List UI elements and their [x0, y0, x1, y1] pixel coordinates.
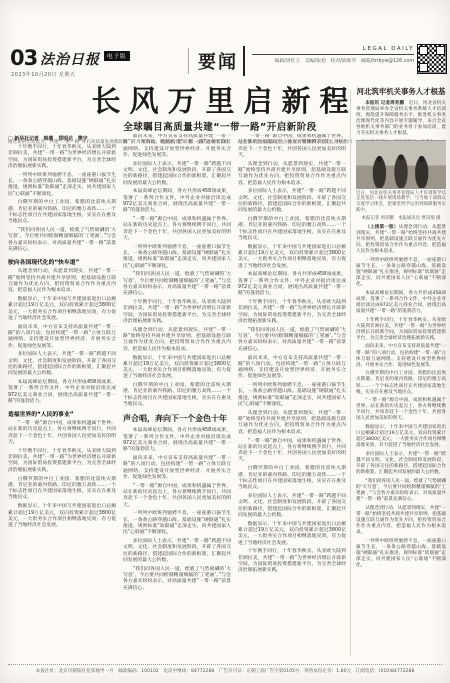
main-article-columns: □ 新华社记者 韩墨 郑明达 樊宇十年携手同行，十年春华秋实。从亚欧大陆到非洲拉…	[8, 134, 346, 658]
body-paragraph: 面向未来，中方宣布支持高质量共建“一带一路”的八项行动，包括构建“一带一路”立体…	[123, 456, 231, 481]
photo-caption: 近日，河北省机关事务管理局人才培训班学员走进基层一线开展现场教学，与当地干部群众…	[356, 191, 446, 214]
date-line: 2023年10月20日 星期五	[11, 71, 76, 78]
body-paragraph: 多位国际人士表示，共建“一带一路”跨越不同文明、文化、社会制度和发展阶段，开辟了…	[238, 189, 346, 214]
body-paragraph: 面向未来，中方宣布支持高质量共建“一带一路”的八项行动，包括构建“一带一路”立体…	[123, 134, 231, 159]
masthead-title: 法治日报	[40, 49, 100, 69]
body-paragraph: 一列列中欧班列驰骋不息，一座座港口拔节生长，一条条公路穿越山海。基础设施“硬联通…	[356, 539, 446, 569]
body-paragraph: 从理念到行动，从愿景到现实，共建“一带一路”始终坚持共商共建共享原则，把基础设施…	[8, 269, 116, 294]
body-paragraph: 白俄罗斯的中白工业园、希腊的比雷埃夫斯港、肯尼亚的蒙内铁路、印尼的雅万高铁……一…	[123, 383, 231, 408]
sidebar-lead: 本报讯 记者周宵鹏 近日，河北省机关事务管理局举办全省机关事务系统人才培训班，围…	[356, 101, 446, 138]
body-paragraph: 十年携手同行，十年春华秋实。从亚欧大陆到非洲拉美，共建“一带一路”为世界经济增长…	[238, 300, 346, 325]
body-paragraph: 一列列中欧班列驰骋不息，一座座港口拔节生长，一条条公路穿越山海。基础设施“硬联通…	[8, 173, 116, 198]
body-paragraph: 本届高峰论坛期间，各方共形成458项成果，签署了一系列合作文件，中外企业对接洽谈…	[123, 189, 231, 214]
body-paragraph: 数据显示，十年来中国与共建国家进出口总额累计超过19万亿美元，双向投资累计超过3…	[356, 425, 446, 449]
body-paragraph: “我们同各国人民一道，绘就了气势磅礴的‘大写意’，今后要共同绘制精谨细腻的‘工笔…	[356, 479, 446, 503]
body-paragraph: 多位国际人士表示，共建“一带一路”跨越不同文明、文化、社会制度和发展阶段，开辟了…	[123, 162, 231, 187]
body-paragraph: “一带一路”源自中国，成果和机遇属于世界。站在新的历史起点上，各方将继续携手同行…	[238, 134, 346, 159]
body-paragraph: 多位国际人士表示，共建“一带一路”跨越不同文明、文化、社会制度和发展阶段，开辟了…	[123, 539, 231, 564]
body-paragraph: 一列列中欧班列驰骋不息，一座座港口拔节生长，一条条公路穿越山海。基础设施“硬联通…	[238, 383, 346, 408]
body-paragraph: 数据显示，十年来中国与共建国家进出口总额累计超过19万亿美元，双向投资累计超过3…	[8, 504, 116, 529]
body-paragraph: 数据显示，十年来中国与共建国家进出口总额累计超过19万亿美元，双向投资累计超过3…	[238, 245, 346, 270]
body-paragraph: “我们同各国人民一道，绘就了气势磅礴的‘大写意’，今后要共同绘制精谨细腻的‘工笔…	[123, 567, 231, 592]
body-paragraph: “我们同各国人民一道，绘就了气势磅礴的‘大写意’，今后要共同绘制精谨细腻的‘工笔…	[238, 328, 346, 353]
body-paragraph: 从理念到行动，从愿景到现实，共建“一带一路”始终坚持共商共建共享原则，把基础设施…	[123, 328, 231, 353]
body-paragraph: “一带一路”源自中国，成果和机遇属于世界。站在新的历史起点上，各方将继续携手同行…	[123, 484, 231, 509]
body-paragraph: 十年携手同行，十年春华秋实。从亚欧大陆到非洲拉美，共建“一带一路”为世界经济增长…	[356, 318, 446, 342]
page-header: 03 法治日报 电子版 2023年10月20日 星期五 要闻 LEGAL DAI…	[0, 44, 450, 86]
body-paragraph: “我们同各国人民一道，绘就了气势磅礴的‘大写意’，今后要共同绘制精谨细腻的‘工笔…	[8, 228, 116, 253]
article-column-1: □ 新华社记者 韩墨 郑明达 樊宇十年携手同行，十年春华秋实。从亚欧大陆到非洲拉…	[8, 134, 116, 658]
body-paragraph: 面向未来，中方宣布支持高质量共建“一带一路”的八项行动，包括构建“一带一路”立体…	[238, 356, 346, 381]
qr-code-icon	[418, 45, 446, 73]
body-paragraph: 白俄罗斯的中白工业园、希腊的比雷埃夫斯港、肯尼亚的蒙内铁路、印尼的雅万高铁……一…	[238, 217, 346, 242]
body-paragraph: 多位国际人士表示，共建“一带一路”跨越不同文明、文化、社会制度和发展阶段，开辟了…	[356, 452, 446, 476]
body-paragraph: 本届高峰论坛期间，各方共形成458项成果，签署了一系列合作文件，中外企业对接洽谈…	[238, 272, 346, 297]
body-paragraph: 多位国际人士表示，共建“一带一路”跨越不同文明、文化、社会制度和发展阶段，开辟了…	[8, 352, 116, 377]
body-paragraph: 从理念到行动，从愿景到现实，共建“一带一路”始终坚持共商共建共享原则，把基础设施…	[238, 162, 346, 187]
body-paragraph: “一带一路”源自中国，成果和机遇属于世界。站在新的历史起点上，各方将继续携手同行…	[123, 217, 231, 242]
body-paragraph: “一带一路”源自中国，成果和机遇属于世界。站在新的历史起点上，各方将继续携手同行…	[356, 398, 446, 422]
section-subhead: 造福世界的“人民的事业”	[8, 409, 116, 418]
sidebar-column: 河北筑牢机关事务人才根基 本报讯 记者周宵鹏 近日，河北省机关事务管理局举办全省…	[356, 86, 446, 658]
body-paragraph: “我们同各国人民一道，绘就了气势磅礴的‘大写意’，今后要共同绘制精谨细腻的‘工笔…	[123, 272, 231, 297]
body-paragraph: 白俄罗斯的中白工业园、希腊的比雷埃夫斯港、肯尼亚的蒙内铁路、印尼的雅万高铁……一…	[356, 371, 446, 395]
edition-badge: 电子版	[104, 51, 130, 61]
section-title: 要闻	[198, 48, 238, 74]
body-paragraph: 多位国际人士表示，共建“一带一路”跨越不同文明、文化、社会制度和发展阶段，开辟了…	[238, 494, 346, 519]
body-paragraph: 本届高峰论坛期间，各方共形成458项成果，签署了一系列合作文件，中外企业对接洽谈…	[8, 380, 116, 405]
body-paragraph: 十年携手同行，十年春华秋实。从亚欧大陆到非洲拉美，共建“一带一路”为世界经济增长…	[8, 145, 116, 170]
body-paragraph: 一列列中欧班列驰骋不息，一座座港口拔节生长，一条条公路穿越山海。基础设施“硬联通…	[356, 258, 446, 288]
header-rule	[252, 54, 414, 55]
sidebar-separator	[350, 90, 351, 656]
body-paragraph: 十年携手同行，十年春华秋实。从亚欧大陆到非洲拉美，共建“一带一路”为世界经济增长…	[238, 549, 346, 574]
header-divider-thick	[243, 46, 245, 76]
newspaper-page: 03 法治日报 电子版 2023年10月20日 星期五 要闻 LEGAL DAI…	[0, 0, 450, 683]
editor-credits: 编辑/周红玉 美编/张旭 校对/陈维华 邮箱/fzrbyw@126.com	[252, 57, 414, 64]
secondary-headline: 同声合唱，奔向下一个金色十年	[123, 413, 231, 424]
article-column-3: “一带一路”源自中国，成果和机遇属于世界。站在新的历史起点上，各方将继续携手同行…	[238, 134, 346, 658]
photo-credit: 本报记者 周宵鹏 本报通讯员 贾决瑞 摄	[356, 215, 446, 221]
body-paragraph: 十年携手同行，十年春华秋实。从亚欧大陆到非洲拉美，共建“一带一路”为世界经济增长…	[123, 300, 231, 325]
sidebar-lead-prefix: 本报讯 记者周宵鹏	[365, 101, 409, 106]
body-paragraph: 白俄罗斯的中白工业园、希腊的比雷埃夫斯港、肯尼亚的蒙内铁路、印尼的雅万高铁……一…	[8, 200, 116, 225]
sidebar-continuation: （上接第一版）从理念到行动，从愿景到现实，共建“一带一路”始终坚持共商共建共享原…	[356, 225, 446, 569]
body-paragraph: 本届高峰论坛期间，各方共形成458项成果，签署了一系列合作文件，中外企业对接洽谈…	[356, 291, 446, 315]
sidebar-headline: 河北筑牢机关事务人才根基	[356, 86, 446, 97]
body-paragraph: 一列列中欧班列驰骋不息，一座座港口拔节生长，一条条公路穿越山海。基础设施“硬联通…	[123, 511, 231, 536]
article-column-2: 面向未来，中方宣布支持高质量共建“一带一路”的八项行动，包括构建“一带一路”立体…	[123, 134, 231, 658]
body-paragraph: 从理念到行动，从愿景到现实，共建“一带一路”始终坚持共商共建共享原则，把基础设施…	[238, 411, 346, 436]
body-paragraph: “一带一路”源自中国，成果和机遇属于世界。站在新的历史起点上，各方将继续携手同行…	[238, 439, 346, 464]
english-title: LEGAL DAILY	[252, 46, 414, 52]
body-paragraph: 白俄罗斯的中白工业园、希腊的比雷埃夫斯港、肯尼亚的蒙内铁路、印尼的雅万高铁……一…	[8, 477, 116, 502]
sidebar-lead-body: 近日，河北省机关事务管理局举办全省机关事务系统人才培训班，围绕提升保障服务水平、…	[356, 101, 446, 136]
body-paragraph: 一列列中欧班列驰骋不息，一座座港口拔节生长，一条条公路穿越山海。基础设施“硬联通…	[123, 245, 231, 270]
news-photo	[356, 141, 446, 188]
body-paragraph: 本届高峰论坛期间，各方共形成458项成果，签署了一系列合作文件，中外企业对接洽谈…	[123, 428, 231, 453]
body-paragraph: 白俄罗斯的中白工业园、希腊的比雷埃夫斯港、肯尼亚的蒙内铁路、印尼的雅万高铁……一…	[238, 466, 346, 491]
page-number: 03	[10, 46, 37, 70]
body-paragraph: 数据显示，十年来中国与共建国家进出口总额累计超过19万亿美元，双向投资累计超过3…	[8, 297, 116, 322]
header-divider-thin	[188, 48, 189, 74]
footer-imprint: 本报社址：北京市朝阳区花家地甲一号 邮政编码：100102 电话中继线：8477…	[8, 664, 442, 674]
continuation-paragraph: （上接第一版）从理念到行动，从愿景到现实，共建“一带一路”始终坚持共商共建共享原…	[356, 225, 446, 255]
continuation-label: （上接第一版）	[365, 225, 398, 230]
body-paragraph: 面向未来，中方宣布支持高质量共建“一带一路”的八项行动，包括构建“一带一路”立体…	[8, 325, 116, 350]
reporter-byline: □ 新华社记者 韩墨 郑明达 樊宇	[8, 135, 116, 142]
body-paragraph: 面向未来，中方宣布支持高质量共建“一带一路”的八项行动，包括构建“一带一路”立体…	[356, 344, 446, 368]
body-paragraph: “一带一路”源自中国，成果和机遇属于世界。站在新的历史起点上，各方将继续携手同行…	[8, 421, 116, 446]
header-right-block: LEGAL DAILY 编辑/周红玉 美编/张旭 校对/陈维华 邮箱/fzrby…	[252, 46, 414, 64]
section-subhead: 驶向各国现代化的“快车道”	[8, 257, 116, 266]
body-paragraph: 十年携手同行，十年春华秋实。从亚欧大陆到非洲拉美，共建“一带一路”为世界经济增长…	[8, 449, 116, 474]
body-paragraph: 数据显示，十年来中国与共建国家进出口总额累计超过19万亿美元，双向投资累计超过3…	[123, 356, 231, 381]
body-paragraph: 从理念到行动，从愿景到现实，共建“一带一路”始终坚持共商共建共享原则，把基础设施…	[356, 506, 446, 536]
body-paragraph: 数据显示，十年来中国与共建国家进出口总额累计超过19万亿美元，双向投资累计超过3…	[238, 522, 346, 547]
